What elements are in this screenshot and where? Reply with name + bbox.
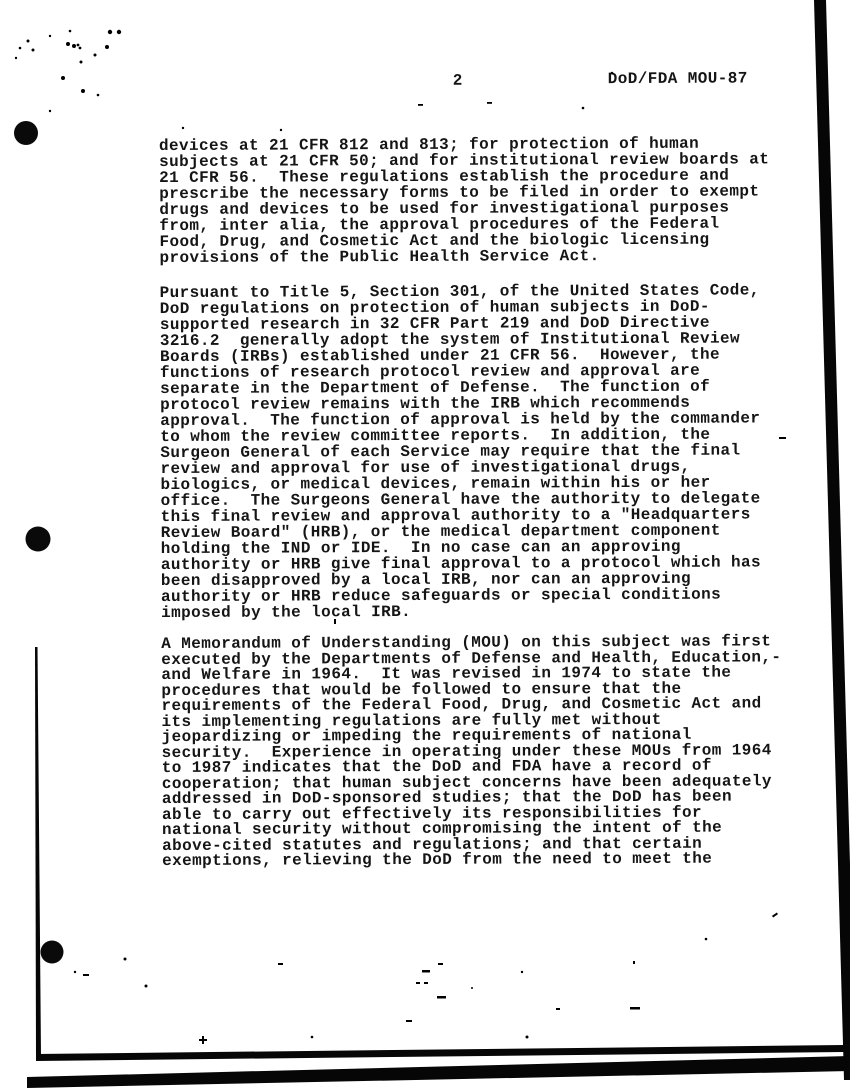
typewritten-text-layer: 2 DoD/FDA MOU-87 devices at 21 CFR 812 a… <box>0 0 850 1092</box>
scanned-document-page: 2 DoD/FDA MOU-87 devices at 21 CFR 812 a… <box>0 0 850 1092</box>
paragraph-dod-irb-approval: Pursuant to Title 5, Section 301, of the… <box>160 282 762 621</box>
paragraph-mou-history: A Memorandum of Understanding (MOU) on t… <box>161 634 782 869</box>
document-reference: DoD/FDA MOU-87 <box>608 70 748 87</box>
paragraph-regulations: devices at 21 CFR 812 and 813; for prote… <box>159 135 770 266</box>
page-number: 2 <box>453 73 463 89</box>
